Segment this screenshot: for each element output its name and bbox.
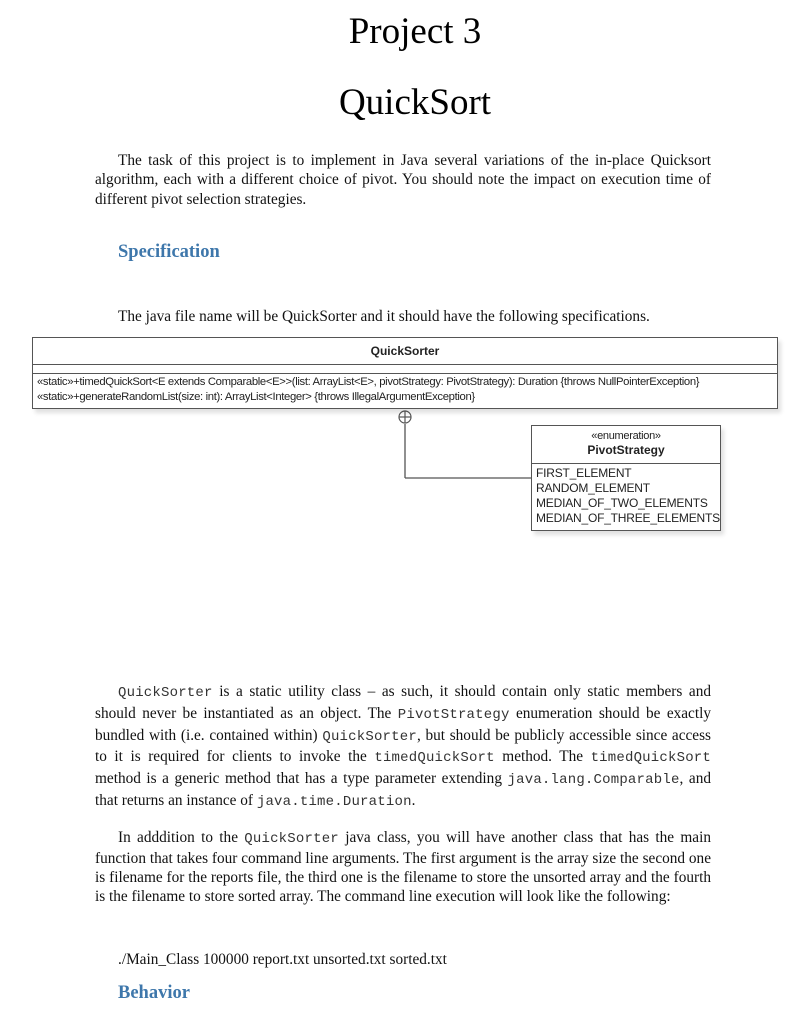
class-box-quicksorter: QuickSorter «static»+timedQuickSort<E ex… (32, 337, 778, 409)
enum-value: MEDIAN_OF_TWO_ELEMENTS (536, 496, 720, 511)
text: method. The (495, 748, 591, 765)
enum-value: FIRST_ELEMENT (536, 466, 720, 481)
class-methods: «static»+timedQuickSort<E extends Compar… (37, 375, 775, 405)
utility-class-paragraph: QuickSorter is a static utility class – … (95, 682, 711, 813)
text: . (412, 792, 416, 809)
enum-name: PivotStrategy (532, 443, 720, 458)
class-attributes (33, 364, 777, 374)
code-pivotstrategy: PivotStrategy (398, 707, 510, 723)
class-name: QuickSorter (33, 338, 777, 365)
enum-header: «enumeration» PivotStrategy (532, 426, 720, 464)
enum-stereotype: «enumeration» (532, 430, 720, 443)
containment-icon (399, 411, 411, 423)
code-quicksorter: QuickSorter (118, 685, 213, 701)
text: In adddition to the (118, 829, 244, 846)
method-generate-random-list: «static»+generateRandomList(size: int): … (37, 390, 775, 405)
enum-box-pivot-strategy: «enumeration» PivotStrategy FIRST_ELEMEN… (531, 425, 721, 531)
main-class-paragraph: In adddition to the QuickSorter java cla… (95, 828, 711, 906)
code-duration: java.time.Duration (257, 794, 412, 810)
code-quicksorter: QuickSorter (322, 729, 417, 745)
code-timedquicksort: timedQuickSort (591, 750, 711, 766)
code-quicksorter: QuickSorter (244, 831, 339, 847)
code-comparable: java.lang.Comparable (508, 772, 680, 788)
text: method is a generic method that has a ty… (95, 770, 508, 787)
enum-values: FIRST_ELEMENT RANDOM_ELEMENT MEDIAN_OF_T… (536, 466, 720, 526)
enum-value: RANDOM_ELEMENT (536, 481, 720, 496)
method-timed-quick-sort: «static»+timedQuickSort<E extends Compar… (37, 375, 775, 390)
behavior-heading: Behavior (118, 982, 190, 1004)
code-timedquicksort: timedQuickSort (374, 750, 494, 766)
enum-value: MEDIAN_OF_THREE_ELEMENTS (536, 511, 720, 526)
command-line-example: ./Main_Class 100000 report.txt unsorted.… (118, 950, 447, 969)
